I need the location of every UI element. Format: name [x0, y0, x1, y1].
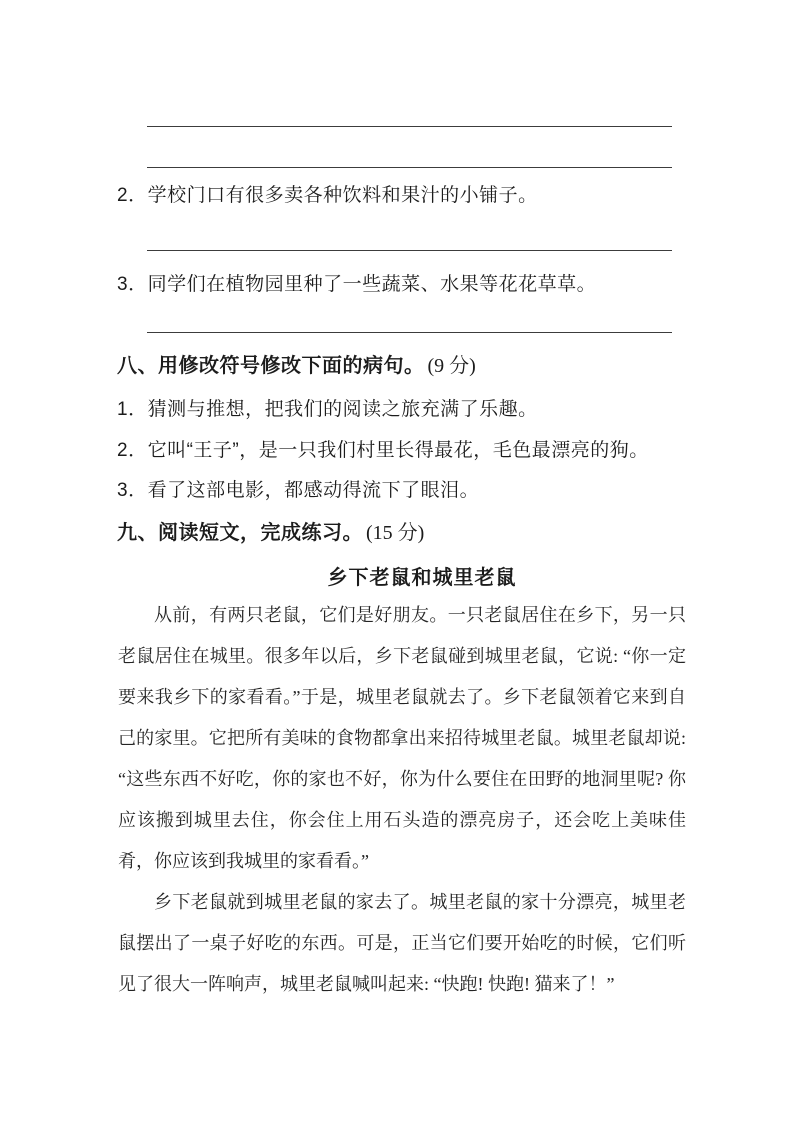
passage-title: 乡下老鼠和城里老鼠 [138, 561, 706, 590]
section-revise-score-label: (9 分) [428, 355, 476, 377]
revise-item-2: 2．它叫“王子”，是一只我们村里长得最花，毛色最漂亮的狗。 [117, 439, 649, 463]
passage-paragraph-1: 从前，有两只老鼠，它们是好朋友。一只老鼠居住在乡下，另一只老鼠居住在城里。很多年… [118, 595, 686, 882]
answer-line [147, 167, 672, 168]
section-heading-revise-text: 八、用修改符号修改下面的病句。 [117, 355, 425, 377]
answer-line [147, 126, 672, 127]
exam-worksheet-page: 2．学校门口有很多卖各种饮料和果汁的小铺子。 3．同学们在植物园里种了一些蔬菜、… [0, 0, 793, 1122]
section-heading-revise: 八、用修改符号修改下面的病句。(9 分) [117, 354, 476, 378]
answer-line [147, 250, 672, 251]
passage-paragraph-2: 乡下老鼠就到城里老鼠的家去了。城里老鼠的家十分漂亮，城里老鼠摆出了一桌子好吃的东… [118, 882, 686, 1005]
copy-sentence-item-3: 3．同学们在植物园里种了一些蔬菜、水果等花花草草。 [117, 273, 596, 297]
section-reading-score-label: (15 分) [366, 522, 424, 544]
passage-body: 从前，有两只老鼠，它们是好朋友。一只老鼠居住在乡下，另一只老鼠居住在城里。很多年… [118, 595, 686, 1005]
section-heading-reading-text: 九、阅读短文，完成练习。 [117, 522, 363, 544]
copy-sentence-item-2: 2．学校门口有很多卖各种饮料和果汁的小铺子。 [117, 184, 538, 208]
answer-line [147, 332, 672, 333]
revise-item-1: 1．猜测与推想，把我们的阅读之旅充满了乐趣。 [117, 398, 538, 422]
section-heading-reading: 九、阅读短文，完成练习。(15 分) [117, 521, 424, 545]
revise-item-3: 3．看了这部电影，都感动得流下了眼泪。 [117, 479, 479, 503]
